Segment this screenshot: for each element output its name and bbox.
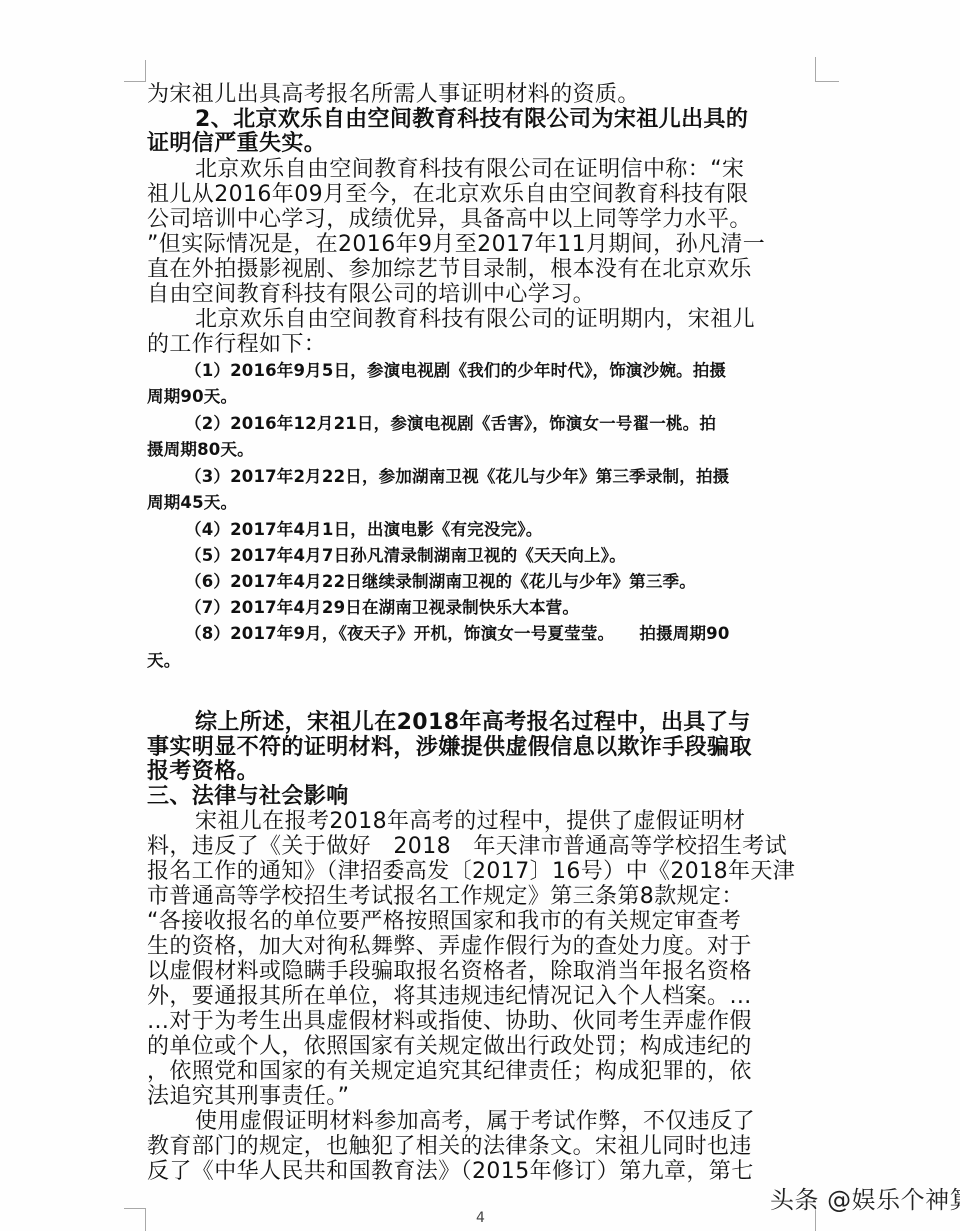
paragraph-line: …对于为考生出具虚假材料或指使、协助、伙同考生弄虚作假 [147, 1009, 752, 1035]
itinerary-item-line: （8）2017年9月，《夜天子》开机，饰演女一号夏莹莹。 拍摄周期90 [185, 621, 730, 647]
itinerary-item-line: （4）2017年4月1日，出演电影《有完没完》。 [185, 517, 542, 543]
paragraph-line: 的工作行程如下： [147, 332, 326, 358]
page-number: 4 [476, 1210, 485, 1226]
paragraph-line: 2、北京欢乐自由空间教育科技有限公司为宋祖儿出具的 [195, 107, 748, 133]
crop-mark-top-left-h [124, 81, 146, 82]
paragraph-line: 外，要通报其所在单位，将其违规违纪情况记入个人档案。… [147, 984, 752, 1010]
crop-mark-bottom-left-h [124, 1208, 146, 1209]
crop-mark-top-right-h [815, 81, 839, 82]
paragraph-line: 使用虚假证明材料参加高考，属于考试作弊，不仅违反了 [195, 1109, 755, 1135]
paragraph-line: 证明信严重失实。 [147, 131, 326, 157]
paragraph-line: 综上所述，宋祖儿在2018年高考报名过程中，出具了与 [195, 710, 751, 736]
itinerary-item-line: 周期90天。 [147, 384, 237, 410]
paragraph-line: 料，违反了《关于做好 2018 年天津市普通高等学校招生考试 [147, 834, 787, 860]
itinerary-item-line: 天。 [147, 648, 180, 674]
paragraph-line: 公司培训中心学习，成绩优异，具备高中以上同等学力水平。 [147, 207, 752, 233]
paragraph-line: 法追究其刑事责任。” [147, 1084, 349, 1110]
paragraph-line: 宋祖儿在报考2018年高考的过程中，提供了虚假证明材 [195, 809, 745, 835]
paragraph-line: ，依照党和国家的有关规定追究其纪律责任；构成犯罪的，依 [147, 1059, 752, 1085]
itinerary-item-line: （3）2017年2月22日，参加湖南卫视《花儿与少年》第三季录制，拍摄 [185, 464, 729, 490]
itinerary-item-line: （6）2017年4月22日继续录制湖南卫视的《花儿与少年》第三季。 [185, 569, 696, 595]
paragraph-line: 的单位或个人，依照国家有关规定做出行政处罚；构成违纪的 [147, 1034, 752, 1060]
paragraph-line: 以虚假材料或隐瞒手段骗取报名资格者，除取消当年报名资格 [147, 959, 752, 985]
paragraph-line: 生的资格，加大对徇私舞弊、弄虚作假行为的查处力度。对于 [147, 934, 752, 960]
paragraph-line: 教育部门的规定，也触犯了相关的法律条文。宋祖儿同时也违 [147, 1134, 752, 1160]
watermark: 头条 @娱乐个神算子 [770, 1180, 960, 1215]
itinerary-item-line: 摄周期80天。 [147, 437, 254, 463]
paragraph-line: 事实明显不符的证明材料，涉嫌提供虚假信息以欺诈手段骗取 [147, 735, 752, 761]
crop-mark-top-right-v [815, 57, 816, 82]
crop-mark-bottom-left-v [145, 1208, 146, 1231]
paragraph-line: 自由空间教育科技有限公司的培训中心学习。 [147, 282, 595, 308]
itinerary-item-line: 周期45天。 [147, 490, 237, 516]
document-page: 为宋祖儿出具高考报名所需人事证明材料的资质。2、北京欢乐自由空间教育科技有限公司… [0, 0, 960, 1231]
paragraph-line: 北京欢乐自由空间教育科技有限公司的证明期内，宋祖儿 [195, 307, 755, 333]
paragraph-line: ”但实际情况是，在2016年9月至2017年11月期间，孙凡清一 [147, 232, 765, 258]
paragraph-line: 报名工作的通知》（津招委高发〔2017〕16号）中《2018年天津 [147, 859, 795, 885]
paragraph-line: 报考资格。 [147, 759, 259, 785]
paragraph-line: 为宋祖儿出具高考报名所需人事证明材料的资质。 [147, 82, 640, 108]
paragraph-line: “各接收报名的单位要严格按照国家和我市的有关规定审查考 [147, 909, 741, 935]
paragraph-line: 市普通高等学校招生考试报名工作规定》第三条第8款规定： [147, 884, 744, 910]
paragraph-line: 北京欢乐自由空间教育科技有限公司在证明信中称：“宋 [195, 157, 744, 183]
paragraph-line: 反了《中华人民共和国教育法》（2015年修订）第九章，第七 [147, 1159, 754, 1185]
itinerary-item-line: （7）2017年4月29日在湖南卫视录制快乐大本营。 [185, 595, 579, 621]
itinerary-item-line: （5）2017年4月7日孙凡清录制湖南卫视的《天天向上》。 [185, 543, 626, 569]
paragraph-line: 祖儿从2016年09月至今，在北京欢乐自由空间教育科技有限 [147, 182, 749, 208]
itinerary-item-line: （2）2016年12月21日，参演电视剧《舌害》，饰演女一号翟一桃。拍 [185, 411, 716, 437]
paragraph-line: 三、法律与社会影响 [147, 784, 349, 810]
paragraph-line: 直在外拍摄影视剧、参加综艺节目录制，根本没有在北京欢乐 [147, 257, 752, 283]
itinerary-item-line: （1）2016年9月5日，参演电视剧《我们的少年时代》，饰演沙婉。拍摄 [185, 358, 726, 384]
crop-mark-top-left-v [145, 60, 146, 82]
